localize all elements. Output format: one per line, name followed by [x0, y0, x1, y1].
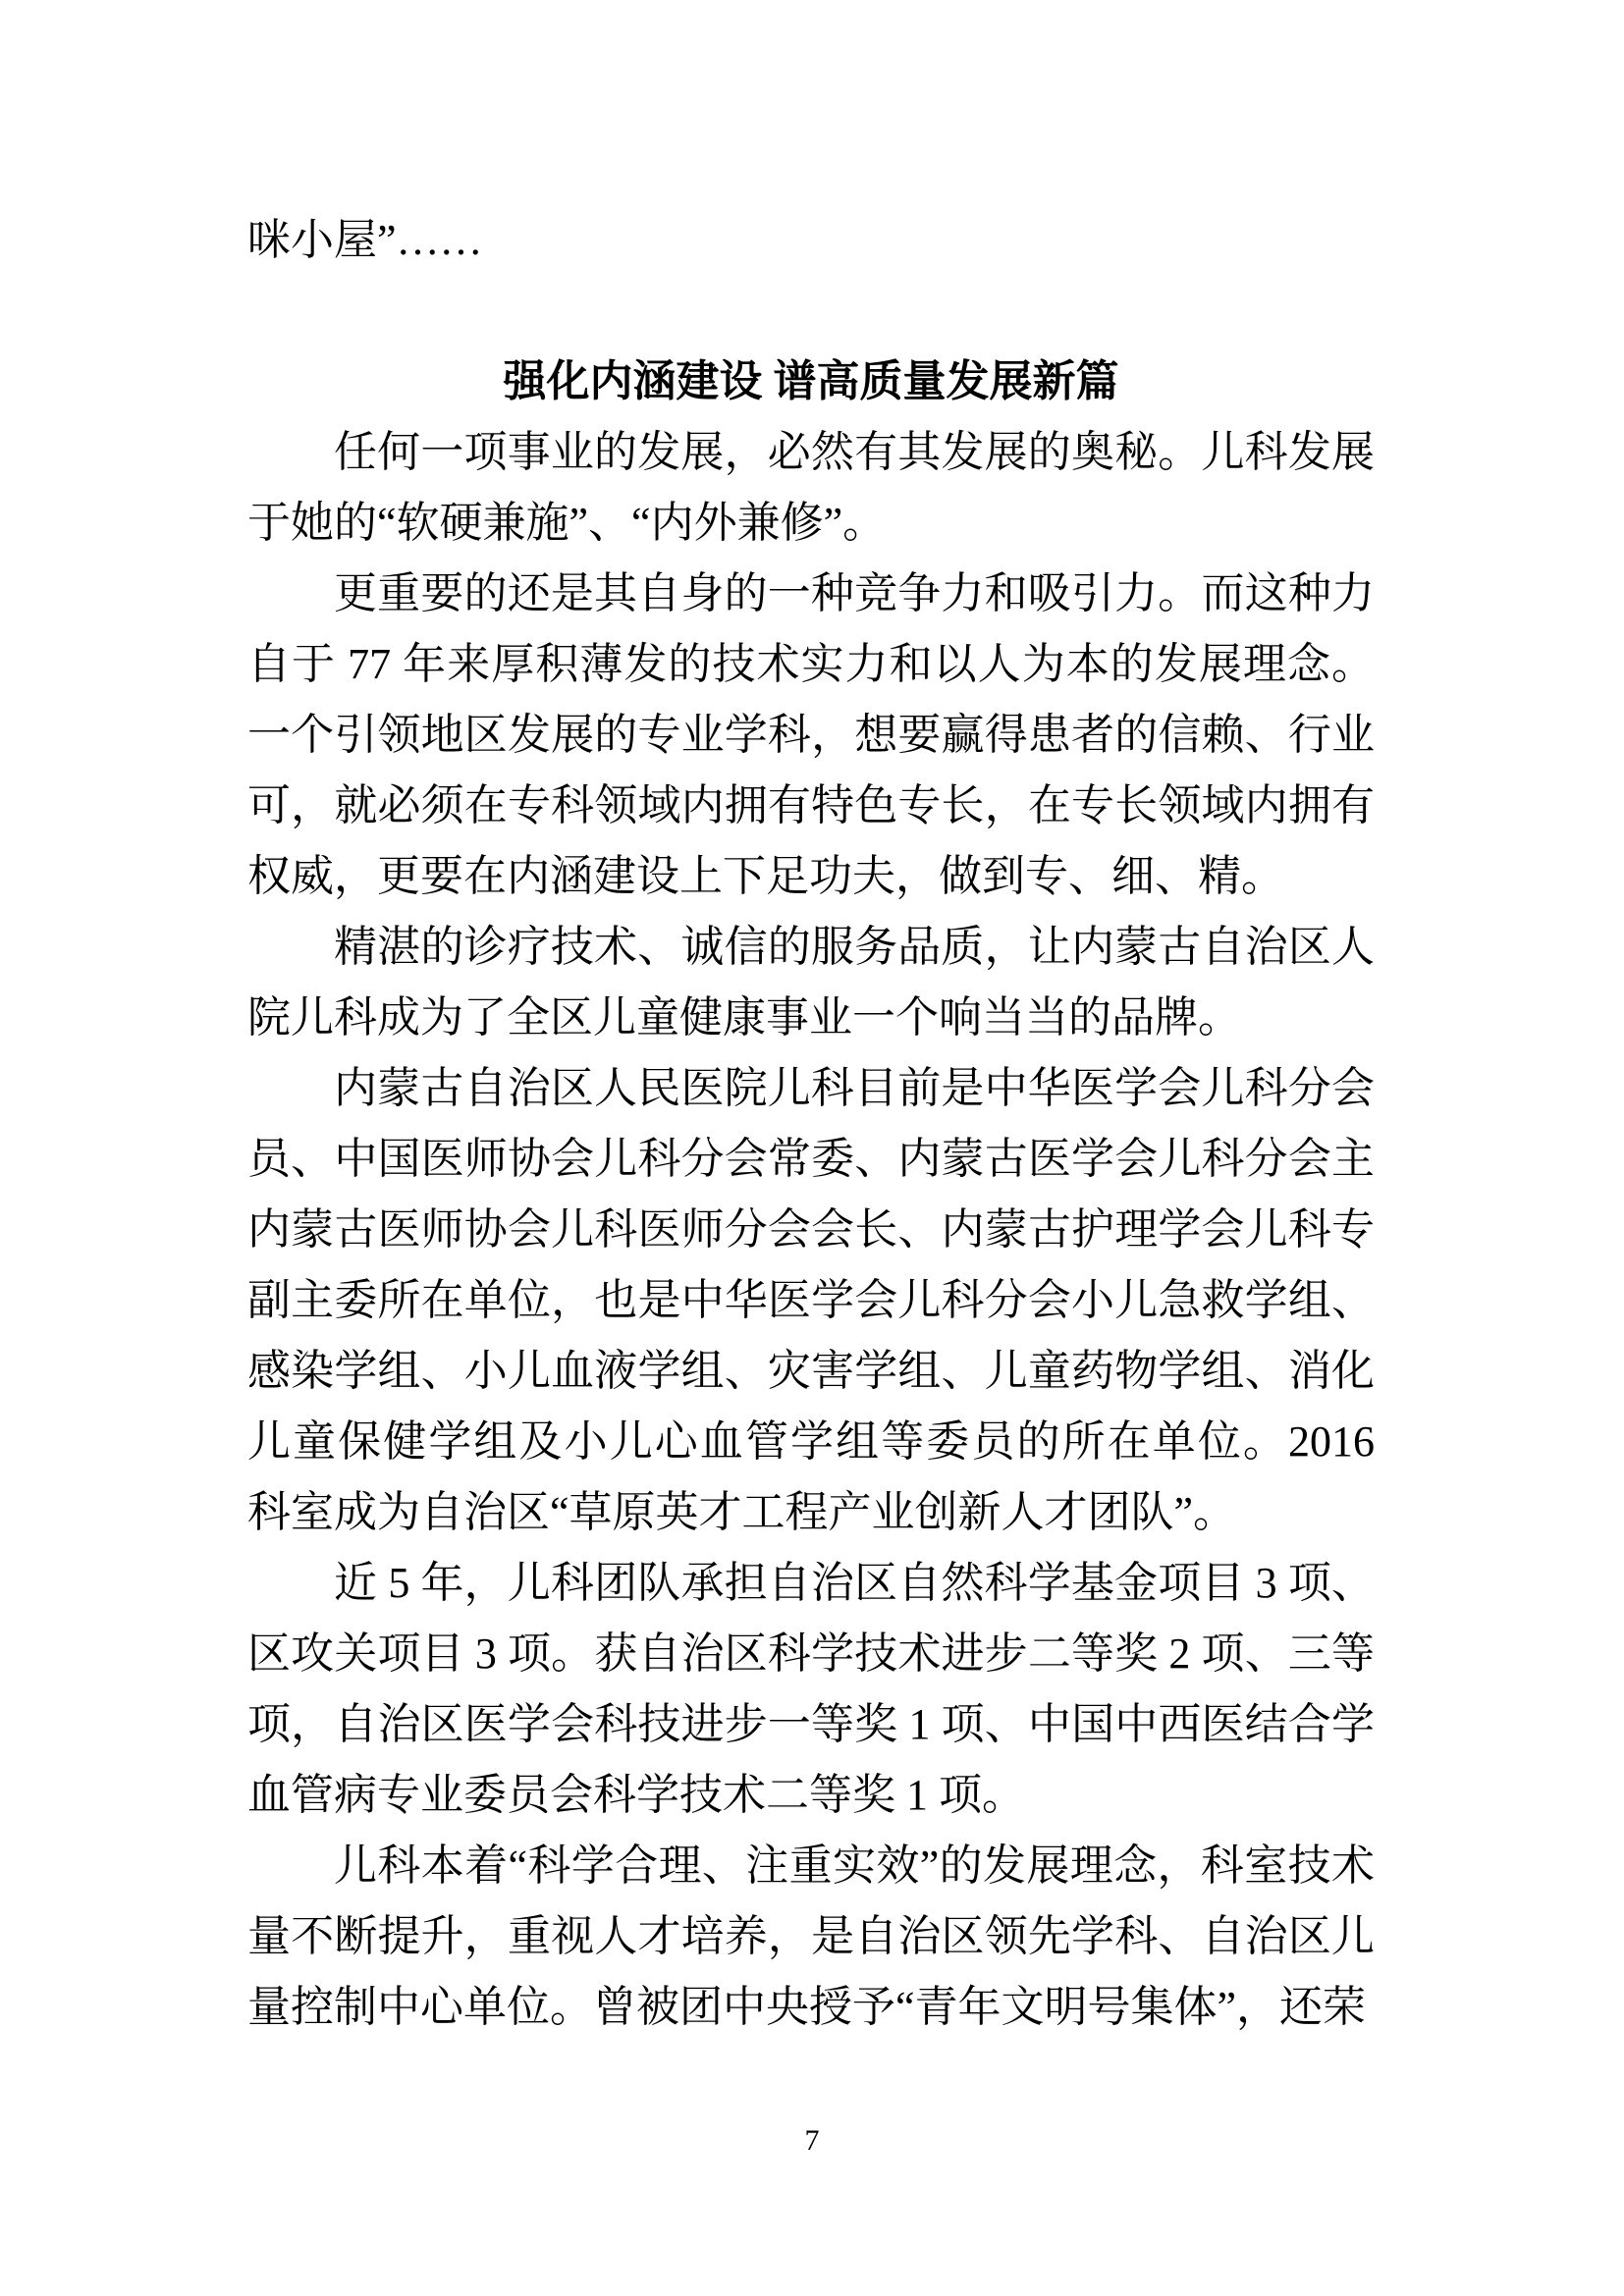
text-line: 内蒙古自治区人民医院儿科目前是中华医学会儿科分会委: [247, 1053, 1375, 1124]
text-line: 一个引领地区发展的专业学科，想要赢得患者的信赖、行业的认: [247, 700, 1375, 771]
text-line: 更重要的还是其自身的一种竞争力和吸引力。而这种力量来: [247, 559, 1375, 629]
text-line: 量不断提升，重视人才培养，是自治区领先学科、自治区儿科质: [247, 1901, 1375, 1972]
text-line: 可，就必须在专科领域内拥有特色专长，在专长领域内拥有技术: [247, 771, 1375, 841]
text-line: 感染学组、小儿血液学组、灾害学组、儿童药物学组、消化学组、: [247, 1336, 1375, 1407]
page-number: 7: [0, 2123, 1624, 2159]
text-line: 儿科本着“科学合理、注重实效”的发展理念，科室技术力: [247, 1831, 1375, 1901]
paragraph: 内蒙古自治区人民医院儿科目前是中华医学会儿科分会委员、中国医师协会儿科分会常委、…: [247, 1053, 1375, 1548]
text-line: 于她的“软硬兼施”、“内外兼修”。: [247, 488, 1375, 559]
text-line: 项，自治区医学会科技进步一等奖 1 项、中国中西医结合学会心: [247, 1689, 1375, 1760]
paragraph: 儿科本着“科学合理、注重实效”的发展理念，科室技术力量不断提升，重视人才培养，是…: [247, 1831, 1375, 2043]
text-line: 员、中国医师协会儿科分会常委、内蒙古医学会儿科分会主委、: [247, 1124, 1375, 1195]
text-line: 区攻关项目 3 项。获自治区科学技术进步二等奖 2 项、三等奖 3: [247, 1619, 1375, 1689]
text-line: 权威，更要在内涵建设上下足功夫，做到专、细、精。: [247, 841, 1375, 912]
text-line: 量控制中心单位。曾被团中央授予“青年文明号集体”，还荣获: [247, 1972, 1375, 2043]
text-line: 血管病专业委员会科学技术二等奖 1 项。: [247, 1760, 1375, 1831]
document-body: 咪小屋”……强化内涵建设 谱高质量发展新篇任何一项事业的发展，必然有其发展的奥秘…: [247, 205, 1375, 2043]
text-line: 自于 77 年来厚积薄发的技术实力和以人为本的发展理念。对于: [247, 629, 1375, 700]
paragraph: 任何一项事业的发展，必然有其发展的奥秘。儿科发展得益于她的“软硬兼施”、“内外兼…: [247, 417, 1375, 559]
document-page: 咪小屋”……强化内涵建设 谱高质量发展新篇任何一项事业的发展，必然有其发展的奥秘…: [0, 0, 1624, 2296]
text-line: 科室成为自治区“草原英才工程产业创新人才团队”。: [247, 1477, 1375, 1548]
paragraph: 近 5 年，儿科团队承担自治区自然科学基金项目 3 项、自治区攻关项目 3 项。…: [247, 1548, 1375, 1831]
text-line: 副主委所在单位，也是中华医学会儿科分会小儿急救学组、小儿: [247, 1265, 1375, 1336]
text-line: 儿童保健学组及小儿心血管学组等委员的所在单位。2016 年，: [247, 1407, 1375, 1477]
text-line: 内蒙古医师协会儿科医师分会会长、内蒙古护理学会儿科专委会: [247, 1195, 1375, 1265]
section-heading: 强化内涵建设 谱高质量发展新篇: [247, 347, 1375, 417]
text-line: 任何一项事业的发展，必然有其发展的奥秘。儿科发展得益: [247, 417, 1375, 488]
paragraph: 精湛的诊疗技术、诚信的服务品质，让内蒙古自治区人民医院儿科成为了全区儿童健康事业…: [247, 912, 1375, 1053]
paragraph: 更重要的还是其自身的一种竞争力和吸引力。而这种力量来自于 77 年来厚积薄发的技…: [247, 559, 1375, 912]
paragraph: 咪小屋”……: [247, 205, 1375, 276]
text-line: 院儿科成为了全区儿童健康事业一个响当当的品牌。: [247, 983, 1375, 1053]
text-line: 近 5 年，儿科团队承担自治区自然科学基金项目 3 项、自治: [247, 1548, 1375, 1619]
text-line: 咪小屋”……: [247, 205, 1375, 276]
text-line: 精湛的诊疗技术、诚信的服务品质，让内蒙古自治区人民医: [247, 912, 1375, 983]
